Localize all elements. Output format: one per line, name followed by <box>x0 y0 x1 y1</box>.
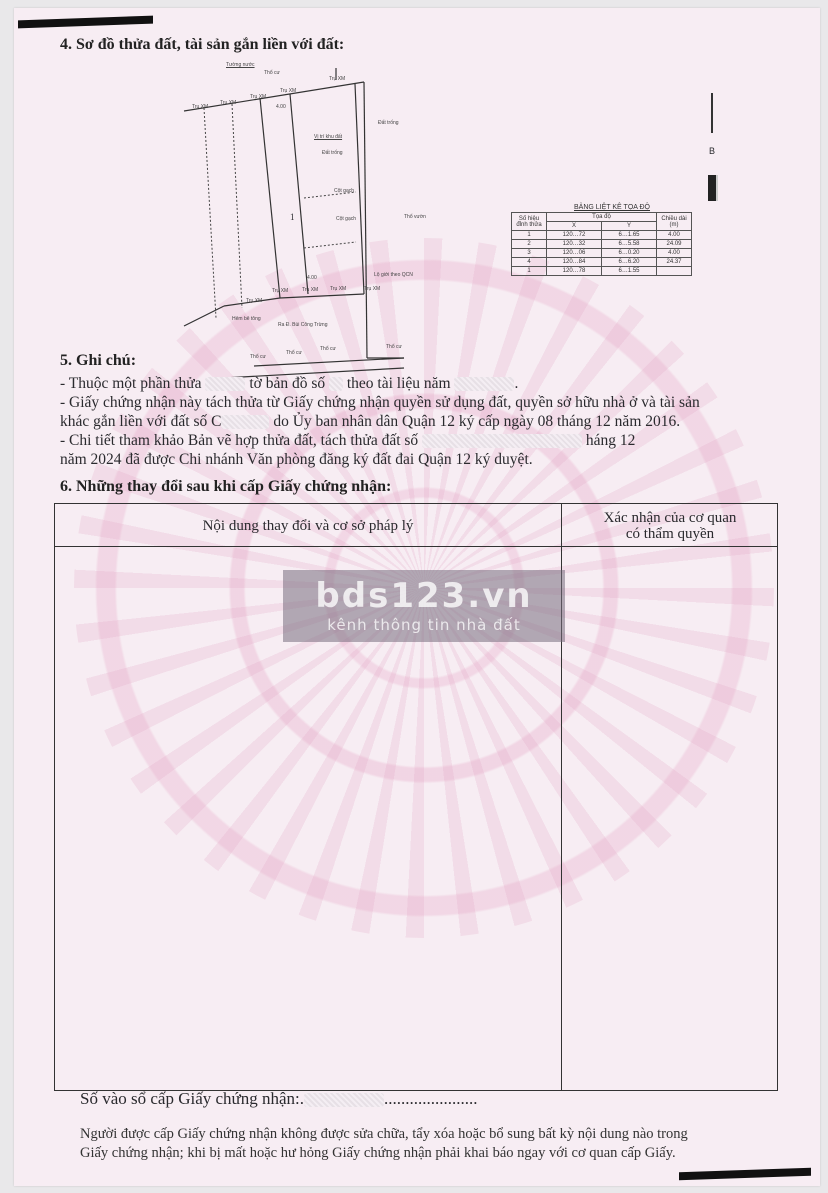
diagram-label: Trụ XM <box>250 94 266 100</box>
note-line: - Thuộc một phần thửa tờ bản đồ số theo … <box>60 374 518 393</box>
diagram-label: Trụ XM <box>364 286 380 292</box>
diagram-label: Thổ cư <box>264 70 280 76</box>
certificate-register-number: Số vào sổ cấp Giấy chứng nhận:..........… <box>80 1089 478 1109</box>
diagram-label: Trụ XM <box>220 100 236 106</box>
redacted <box>205 377 245 391</box>
coord-table: Số hiệu đỉnh thửa Tọa độ Chiều dài (m) X… <box>511 212 692 276</box>
diagram-label: Trụ XM <box>280 88 296 94</box>
diagram-label: Cột gạch <box>334 188 354 194</box>
diagram-label: Thổ cư <box>250 354 266 360</box>
diagram-label: Thổ cư <box>320 346 336 352</box>
note-line: năm 2024 đã được Chi nhánh Văn phòng đăn… <box>60 450 533 469</box>
table-row: 4120…846…6.2024.37 <box>512 258 692 267</box>
redacted <box>454 377 514 391</box>
diagram-label: 4.00 <box>307 275 317 281</box>
section4-title: 4. Sơ đồ thửa đất, tài sản gắn liền với … <box>60 36 344 54</box>
diagram-label: Thổ cư <box>286 350 302 356</box>
diagram-label: Vị trí khu đất <box>314 134 342 140</box>
changes-col-content-header: Nội dung thay đổi và cơ sở pháp lý <box>55 518 561 535</box>
redacted <box>221 415 269 429</box>
diagram-label: 4.00 <box>276 104 286 110</box>
diagram-label: Trụ XM <box>329 76 345 82</box>
diagram-label: Hẻm bê tông <box>232 316 261 322</box>
corner-bar-bottom <box>679 1168 811 1181</box>
diagram-label: Cột gạch <box>336 216 356 222</box>
certificate-page: 4. Sơ đồ thửa đất, tài sản gắn liền với … <box>14 8 820 1186</box>
warning-text: Người được cấp Giấy chứng nhận không đượ… <box>80 1125 688 1163</box>
north-arrow-icon <box>711 93 713 133</box>
table-row: 1120…786…1.55 <box>512 267 692 276</box>
table-row: 1120…726…1.654.00 <box>512 231 692 240</box>
changes-col-confirm-header: Xác nhận của cơ quan có thẩm quyền <box>563 510 777 542</box>
compass-label: B <box>709 146 715 156</box>
diagram-label: Tường nước <box>226 62 255 68</box>
diagram-label: Trụ XM <box>302 287 318 293</box>
coord-table-title: BẢNG LIỆT KÊ TỌA ĐỘ <box>574 204 650 211</box>
note-line: - Giấy chứng nhận này tách thửa từ Giấy … <box>60 393 700 412</box>
table-row: 3120…066…0.204.00 <box>512 249 692 258</box>
note-line: - Chi tiết tham khảo Bản vẽ hợp thửa đất… <box>60 431 635 450</box>
diagram-label: Trụ XM <box>272 288 288 294</box>
diagram-label: Lộ giới theo QCN <box>374 272 413 278</box>
redacted <box>422 434 582 448</box>
diagram-label: Trụ XM <box>192 104 208 110</box>
diagram-label: Ra Đ. Bùi Công Trừng <box>278 322 327 328</box>
section5-title: 5. Ghi chú: <box>60 352 136 370</box>
table-row: 2120…326…5.5824.09 <box>512 240 692 249</box>
diagram-label: Thổ cư <box>386 344 402 350</box>
diagram-label: Đất trống <box>378 120 399 126</box>
bds123-watermark: bds123.vn kênh thông tin nhà đất <box>283 570 565 642</box>
redacted <box>304 1093 384 1107</box>
redacted <box>329 377 343 391</box>
diagram-label: Trụ XM <box>330 286 346 292</box>
diagram-label: Trụ XM <box>246 298 262 304</box>
note-line: khác gắn liền với đất số C do Ủy ban nhâ… <box>60 412 680 431</box>
corner-bar-top <box>18 16 153 29</box>
diagram-label: Đất trống <box>322 150 343 156</box>
parcel-number: 1 <box>290 212 295 222</box>
section6-title: 6. Những thay đổi sau khi cấp Giấy chứng… <box>60 478 391 496</box>
diagram-label: Thổ vườn <box>404 214 426 220</box>
compass-block-icon <box>708 175 718 201</box>
